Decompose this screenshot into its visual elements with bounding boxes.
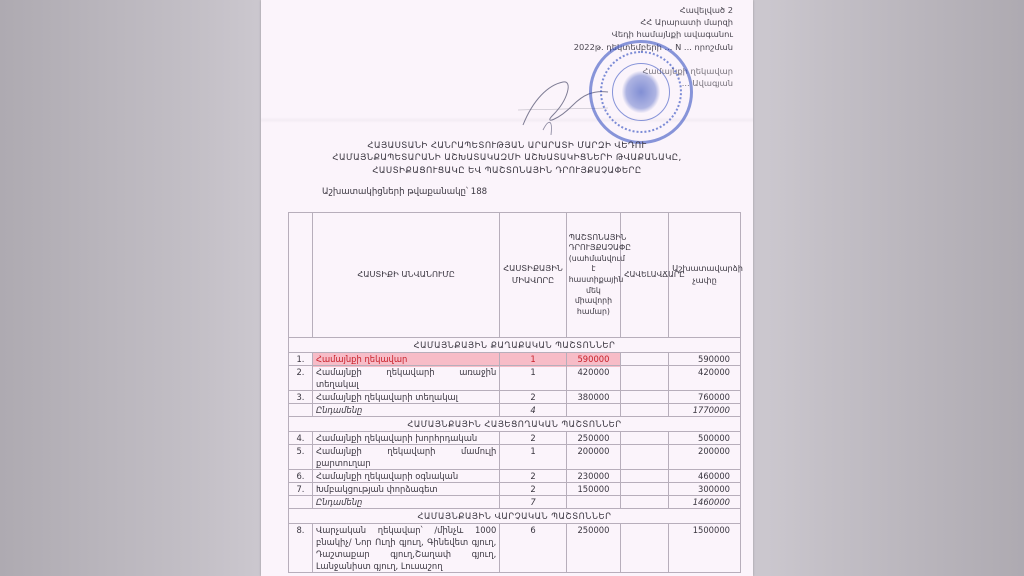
staff-units: 1	[500, 353, 566, 366]
official-rate: 200000	[566, 445, 620, 470]
row-number	[289, 404, 313, 417]
section-header-row: ՀԱՄԱՅՆՔԱՅԻՆ ՎԱՐՉԱԿԱՆ ՊԱՇՏՈՆՆԵՐ	[289, 509, 741, 524]
official-rate: 250000	[566, 432, 620, 445]
bonus-value	[621, 483, 669, 496]
bonus-value	[621, 496, 669, 509]
official-rate: 150000	[566, 483, 620, 496]
salary-amount: 590000	[669, 353, 741, 366]
official-rate: 230000	[566, 470, 620, 483]
position-name: Համայնքի ղեկավար	[312, 353, 499, 366]
row-number: 8.	[289, 524, 313, 573]
table-row: 8.Վարչական ղեկավար՝ /մինչև 1000 բնակիչ/ …	[289, 524, 741, 573]
section-header-row: ՀԱՄԱՅՆՔԱՅԻՆ ՔԱՂԱՔԱԿԱՆ ՊԱՇՏՈՆՆԵՐ	[289, 338, 741, 353]
total-label: Ընդամենը	[312, 496, 499, 509]
salary-amount: 300000	[669, 483, 741, 496]
official-rate: 380000	[566, 391, 620, 404]
position-name: Համայնքի ղեկավարի մամուլի քարտուղար	[312, 445, 499, 470]
row-number: 3.	[289, 391, 313, 404]
salary-amount: 200000	[669, 445, 741, 470]
section-title: ՀԱՄԱՅՆՔԱՅԻՆ ՀԱՅԵՑՈՂԱԿԱՆ ՊԱՇՏՈՆՆԵՐ	[289, 417, 741, 432]
official-rate: 590000	[566, 353, 620, 366]
staff-units: 1	[500, 445, 566, 470]
staff-units: 2	[500, 391, 566, 404]
official-stamp-icon	[589, 40, 693, 144]
table-row: 7.Խմբակցության փորձագետ2150000300000	[289, 483, 741, 496]
table-row: 2.Համայնքի ղեկավարի առաջին տեղակալ142000…	[289, 366, 741, 391]
row-number: 2.	[289, 366, 313, 391]
row-number: 6.	[289, 470, 313, 483]
document-title: ՀԱՅԱՍՏԱՆԻ ՀԱՆՐԱՊԵՏՈՒԹՅԱՆ ԱՐԱՐԱՏԻ ՄԱՐԶԻ Վ…	[261, 140, 753, 177]
official-rate: 420000	[566, 366, 620, 391]
bonus-value	[621, 366, 669, 391]
row-number: 7.	[289, 483, 313, 496]
title-line: ՀԱՄԱՅՆՔԱՊԵՏԱՐԱՆԻ ԱՇԽԱՏԱԿԱԶՄԻ ԱՇԽԱՏԱԿԻՑՆԵ…	[261, 152, 753, 164]
bonus-value	[621, 404, 669, 417]
bonus-value	[621, 432, 669, 445]
header-number	[289, 213, 313, 338]
staff-count: Աշխատակիցների թվաքանակը՝ 188	[322, 187, 487, 197]
total-label: Ընդամենը	[312, 404, 499, 417]
total-row: Ընդամենը41770000	[289, 404, 741, 417]
position-name: Համայնքի ղեկավարի օգնական	[312, 470, 499, 483]
title-line: ՀԱՍՏԻՔԱՑՈՒՑԱԿԸ ԵՎ ՊԱՇՏՈՆԱՅԻՆ ԴՐՈՒՅՔԱՉԱՓԵ…	[261, 165, 753, 177]
official-rate: 250000	[566, 524, 620, 573]
staff-table: ՀԱՍՏԻՔԻ ԱՆՎԱՆՈՒՄԸ ՀԱՍՏԻՔԱՅԻՆ ՄԻԱՎՈՐԸ ՊԱՇ…	[288, 212, 741, 573]
annex-line: Վեդի համայնքի ավագանու	[574, 28, 733, 40]
table-row: 3.Համայնքի ղեկավարի տեղակալ2380000760000	[289, 391, 741, 404]
staff-units: 2	[500, 470, 566, 483]
position-name: Վարչական ղեկավար՝ /մինչև 1000 բնակիչ/ Նո…	[312, 524, 499, 573]
row-number: 5.	[289, 445, 313, 470]
position-name: Խմբակցության փորձագետ	[312, 483, 499, 496]
total-row: Ընդամենը71460000	[289, 496, 741, 509]
table-row: 1.Համայնքի ղեկավար1590000590000	[289, 353, 741, 366]
document-page: Հավելված 2 ՀՀ Արարատի մարզի Վեդի համայնք…	[261, 0, 753, 576]
salary-amount: 500000	[669, 432, 741, 445]
annex-line: Հավելված 2	[574, 4, 733, 16]
staff-units: 6	[500, 524, 566, 573]
header-position-name: ՀԱՍՏԻՔԻ ԱՆՎԱՆՈՒՄԸ	[312, 213, 499, 338]
bonus-value	[621, 470, 669, 483]
salary-amount: 760000	[669, 391, 741, 404]
position-name: Համայնքի ղեկավարի խորհրդական	[312, 432, 499, 445]
title-line: ՀԱՅԱՍՏԱՆԻ ՀԱՆՐԱՊԵՏՈՒԹՅԱՆ ԱՐԱՐԱՏԻ ՄԱՐԶԻ Վ…	[261, 140, 753, 152]
position-name: Համայնքի ղեկավարի առաջին տեղակալ	[312, 366, 499, 391]
official-rate	[566, 496, 620, 509]
section-title: ՀԱՄԱՅՆՔԱՅԻՆ ՎԱՐՉԱԿԱՆ ՊԱՇՏՈՆՆԵՐ	[289, 509, 741, 524]
row-number	[289, 496, 313, 509]
header-official-rate: ՊԱՇՏՈՆԱՅԻՆ ԴՐՈՒՅՔԱՉԱՓԸ (սահմանվում է հաս…	[566, 213, 620, 338]
salary-amount: 420000	[669, 366, 741, 391]
bonus-value	[621, 524, 669, 573]
row-number: 4.	[289, 432, 313, 445]
table-body: ՀԱՄԱՅՆՔԱՅԻՆ ՔԱՂԱՔԱԿԱՆ ՊԱՇՏՈՆՆԵՐ1.Համայնք…	[289, 338, 741, 573]
total-salary: 1770000	[669, 404, 741, 417]
row-number: 1.	[289, 353, 313, 366]
salary-amount: 1500000	[669, 524, 741, 573]
coat-of-arms-icon	[622, 71, 660, 113]
staff-units: 2	[500, 432, 566, 445]
bonus-value	[621, 445, 669, 470]
total-salary: 1460000	[669, 496, 741, 509]
section-title: ՀԱՄԱՅՆՔԱՅԻՆ ՔԱՂԱՔԱԿԱՆ ՊԱՇՏՈՆՆԵՐ	[289, 338, 741, 353]
total-units: 4	[500, 404, 566, 417]
staff-units: 1	[500, 366, 566, 391]
bonus-value	[621, 353, 669, 366]
position-name: Համայնքի ղեկավարի տեղակալ	[312, 391, 499, 404]
staff-units: 2	[500, 483, 566, 496]
section-header-row: ՀԱՄԱՅՆՔԱՅԻՆ ՀԱՅԵՑՈՂԱԿԱՆ ՊԱՇՏՈՆՆԵՐ	[289, 417, 741, 432]
bonus-value	[621, 391, 669, 404]
total-units: 7	[500, 496, 566, 509]
header-bonus: ՀԱՎԵԼԱՎՃԱՐԸ	[621, 213, 669, 338]
header-staff-units: ՀԱՍՏԻՔԱՅԻՆ ՄԻԱՎՈՐԸ	[500, 213, 566, 338]
table-row: 6.Համայնքի ղեկավարի օգնական2230000460000	[289, 470, 741, 483]
table-row: 5.Համայնքի ղեկավարի մամուլի քարտուղար120…	[289, 445, 741, 470]
table-row: 4.Համայնքի ղեկավարի խորհրդական2250000500…	[289, 432, 741, 445]
official-rate	[566, 404, 620, 417]
salary-amount: 460000	[669, 470, 741, 483]
annex-line: ՀՀ Արարատի մարզի	[574, 16, 733, 28]
